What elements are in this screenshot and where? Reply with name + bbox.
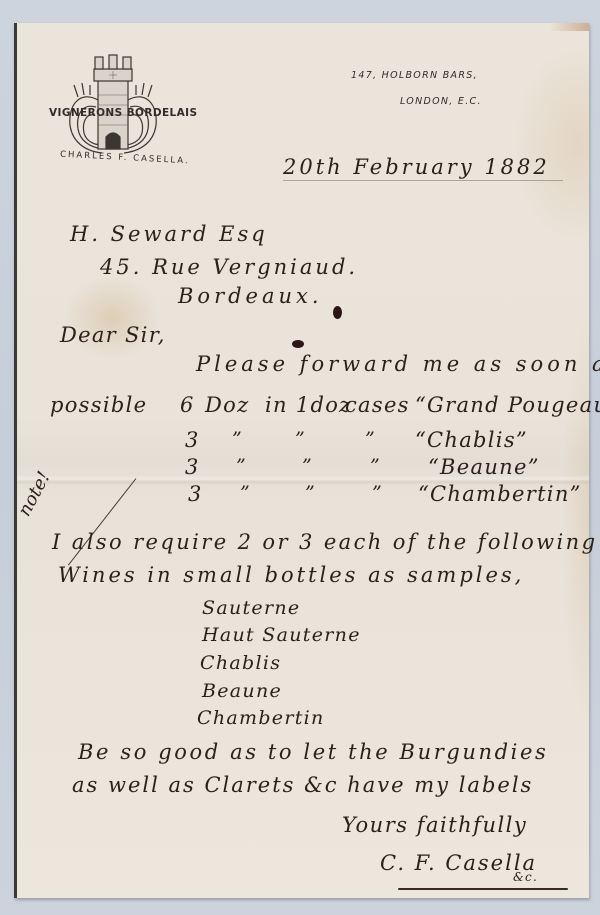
order-cases: ” [370, 455, 381, 477]
order-intro-possible: possible [50, 393, 147, 417]
order-wine: “Grand Pougeau” [415, 393, 600, 417]
order-wine: “Chablis” [415, 428, 528, 452]
order-unit: ” [240, 482, 251, 504]
salutation: Dear Sir, [60, 323, 166, 347]
sample-wine-item: Sauterne [202, 597, 300, 619]
sample-wine-item: Beaune [202, 680, 282, 702]
sample-wine-item: Chambertin [197, 707, 325, 729]
samples-line1: I also require 2 or 3 each of the follow… [52, 530, 597, 554]
order-qty: 3 [185, 428, 200, 452]
order-wine: “Beaune” [428, 455, 540, 479]
samples-line2: Wines in small bottles as samples, [58, 563, 524, 587]
valediction: Yours faithfully [342, 813, 527, 837]
order-cases: ” [365, 428, 376, 450]
closing-line1: Be so good as to let the Burgundies [78, 740, 548, 764]
ink-blot [333, 306, 342, 319]
date-rule [283, 180, 563, 181]
order-cases: cases [345, 393, 410, 417]
order-qty: 3 [188, 482, 203, 506]
signature-flourish [398, 888, 568, 890]
order-wine: “Chambertin” [418, 482, 582, 506]
recipient-name: H. Seward Esq [70, 222, 268, 246]
recipient-street: 45. Rue Vergniaud. [100, 255, 358, 279]
letterhead-firm-name: VIGNERONS BORDELAIS [49, 107, 197, 119]
sample-wine-item: Chablis [200, 652, 281, 674]
letterhead-address-street: 147, HOLBORN BARS, [351, 70, 478, 81]
sample-wine-item: Haut Sauterne [202, 624, 361, 646]
letterhead-address-city: LONDON, E.C. [400, 96, 482, 107]
recipient-city: Bordeaux. [178, 284, 323, 308]
order-unit: Doz [205, 393, 249, 417]
order-unit: ” [232, 428, 243, 450]
tower-crest-icon [58, 45, 168, 165]
ink-blot [292, 340, 304, 348]
order-unit: ” [236, 455, 247, 477]
order-mid: in 1doz [265, 393, 352, 417]
order-qty: 6 [180, 393, 195, 417]
order-mid: ” [305, 482, 316, 504]
paper-stain [549, 23, 589, 31]
order-mid: ” [295, 428, 306, 450]
signature-suffix: &c. [513, 870, 538, 884]
order-intro-line1: Please forward me as soon as [196, 352, 600, 376]
closing-line2: as well as Clarets &c have my labels [72, 773, 533, 797]
letter-date: 20th February 1882 [283, 155, 550, 179]
order-mid: ” [302, 455, 313, 477]
order-qty: 3 [185, 455, 200, 479]
order-cases: ” [372, 482, 383, 504]
